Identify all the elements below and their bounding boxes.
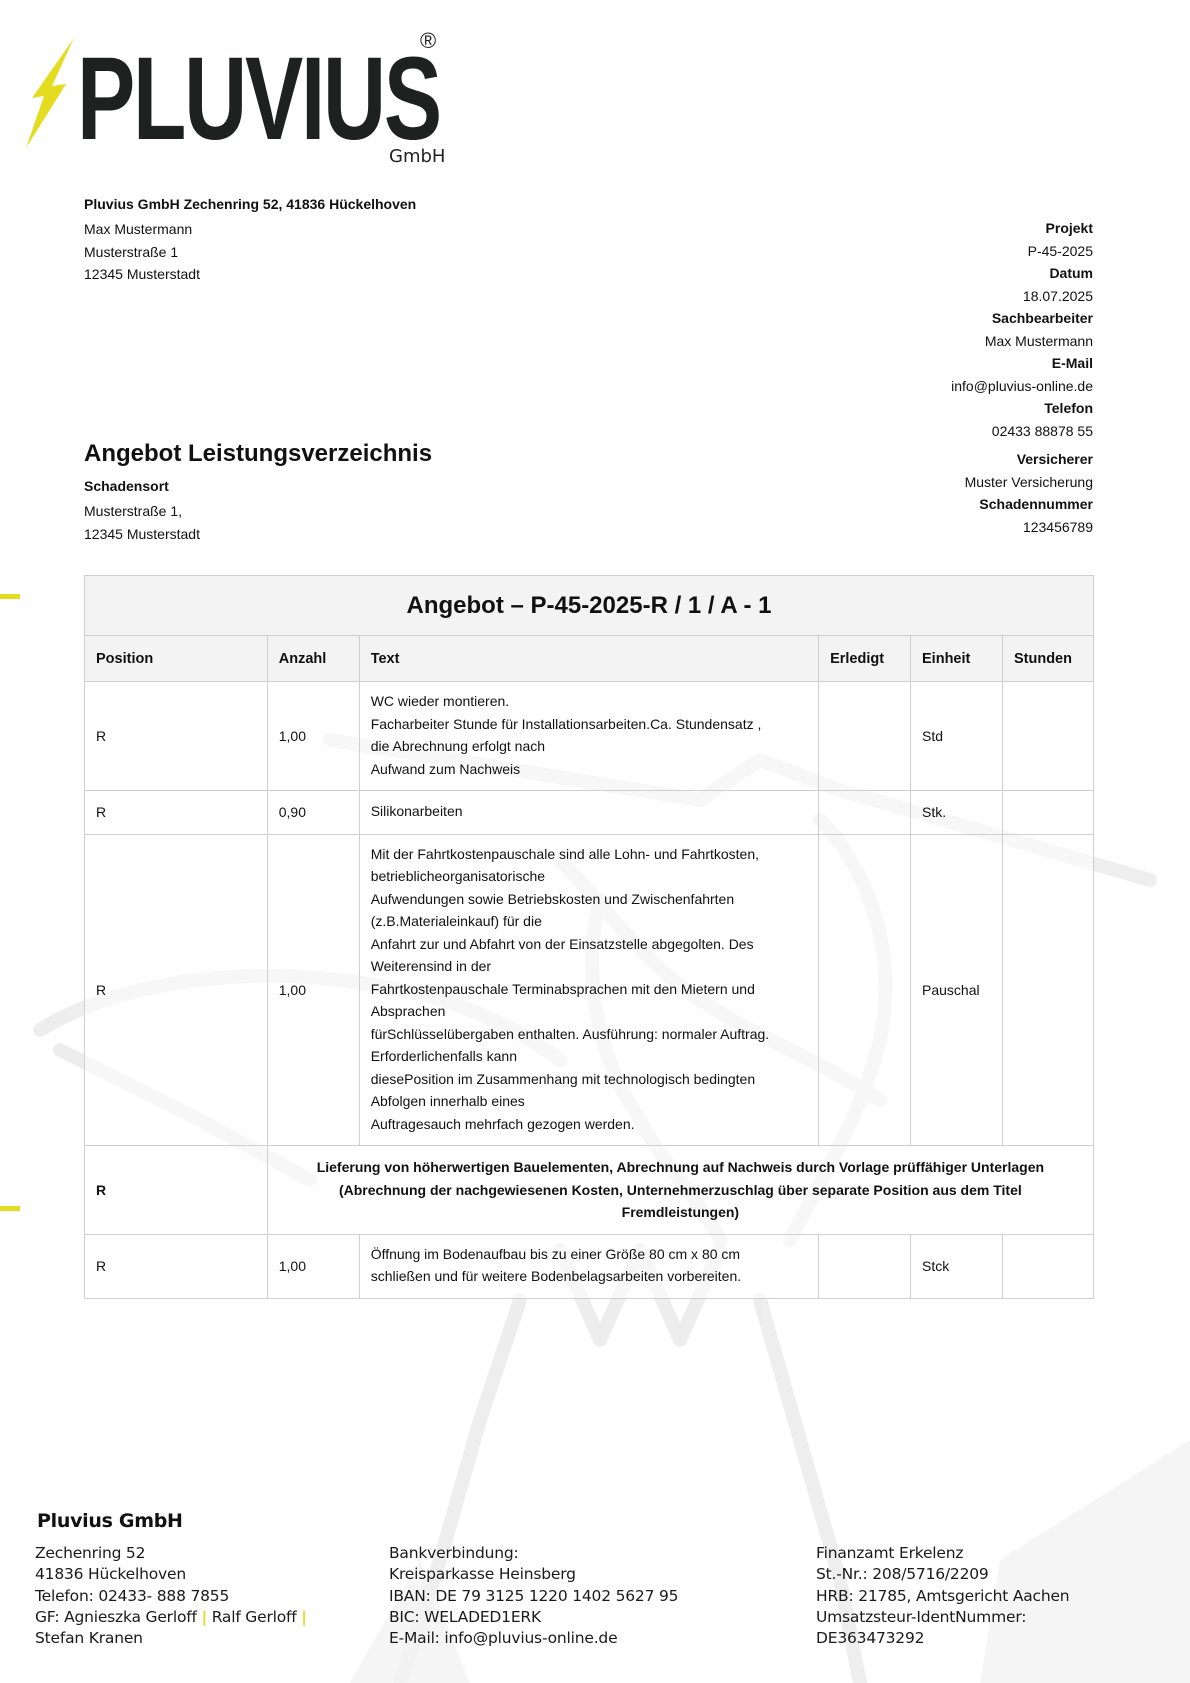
text-line: diesePosition im Zusammenhang mit techno… <box>371 1068 807 1091</box>
cell-anzahl: 1,00 <box>267 834 359 1146</box>
table-row: RLieferung von höherwertigen Bauelemente… <box>85 1146 1094 1235</box>
footer-tax-line: Umsatzsteur-IdentNummer: <box>816 1607 1069 1628</box>
offer-table: Angebot – P-45-2025-R / 1 / A - 1 Positi… <box>84 575 1094 1299</box>
text-line: Fahrtkostenpauschale Terminabsprachen mi… <box>371 978 807 1001</box>
site-city: 12345 Musterstadt <box>84 523 200 546</box>
sachbearbeiter-value: Max Mustermann <box>951 330 1093 353</box>
site-label: Schadensort <box>84 478 169 494</box>
projekt-value: P-45-2025 <box>951 240 1093 263</box>
cell-stunden <box>1002 682 1093 791</box>
footer-tax-line: St.-Nr.: 208/5716/2209 <box>816 1564 1069 1585</box>
cell-erledigt <box>819 834 911 1146</box>
cell-position: R <box>85 1146 268 1235</box>
cell-erledigt <box>819 682 911 791</box>
footer-bank-column: Bankverbindung: Kreisparkasse Heinsberg … <box>389 1543 678 1649</box>
text-line: Öffnung im Bodenaufbau bis zu einer Größ… <box>371 1243 807 1266</box>
lightning-bolt-icon <box>22 38 80 148</box>
footer-bank-line: Kreisparkasse Heinsberg <box>389 1564 678 1585</box>
cell-position: R <box>85 1234 268 1298</box>
text-line: Abfolgen innerhalb eines <box>371 1090 807 1113</box>
cell-anzahl: 0,90 <box>267 791 359 835</box>
cell-position: R <box>85 682 268 791</box>
text-line: Anfahrt zur und Abfahrt von der Einsatzs… <box>371 933 807 956</box>
cell-anzahl: 1,00 <box>267 682 359 791</box>
cell-einheit: Pauschal <box>911 834 1003 1146</box>
footer-street: Zechenring 52 <box>35 1543 307 1564</box>
text-line: WC wieder montieren. <box>371 690 807 713</box>
cell-text: Mit der Fahrtkostenpauschale sind alle L… <box>359 834 818 1146</box>
table-title: Angebot – P-45-2025-R / 1 / A - 1 <box>85 576 1094 636</box>
logo-brand: PLUVIUS <box>77 40 440 158</box>
footer-email[interactable]: E-Mail: info@pluvius-online.de <box>389 1628 678 1649</box>
cell-stunden <box>1002 791 1093 835</box>
page-title: Angebot Leistungsverzeichnis <box>84 440 432 468</box>
separator: | <box>301 1608 306 1626</box>
description-line: (Abrechnung der nachgewiesenen Kosten, U… <box>279 1179 1082 1202</box>
text-line: Silikonarbeiten <box>371 800 807 823</box>
footer-bank-line: IBAN: DE 79 3125 1220 1402 5627 95 <box>389 1586 678 1607</box>
fold-mark-bottom <box>0 1206 20 1211</box>
versicherer-label: Versicherer <box>965 448 1093 471</box>
description-line: Lieferung von höherwertigen Bauelementen… <box>279 1156 1082 1179</box>
column-header-position: Position <box>85 636 268 682</box>
footer-address-column: Zechenring 52 41836 Hückelhoven Telefon:… <box>35 1543 307 1649</box>
footer-tax-column: Finanzamt Erkelenz St.-Nr.: 208/5716/220… <box>816 1543 1069 1649</box>
site-street: Musterstraße 1, <box>84 500 200 523</box>
text-line: Facharbeiter Stunde für Installationsarb… <box>371 713 807 736</box>
text-line: (z.B.Materialeinkauf) für die <box>371 910 807 933</box>
cell-position: R <box>85 791 268 835</box>
datum-value: 18.07.2025 <box>951 285 1093 308</box>
table-row: R1,00WC wieder montieren.Facharbeiter St… <box>85 682 1094 791</box>
column-header-stunden: Stunden <box>1002 636 1093 682</box>
versicherer-value: Muster Versicherung <box>965 471 1093 494</box>
text-line: schließen und für weitere Bodenbelagsarb… <box>371 1265 807 1288</box>
footer-tax-line: DE363473292 <box>816 1628 1069 1649</box>
footer-tax-line: HRB: 21785, Amtsgericht Aachen <box>816 1586 1069 1607</box>
description-line: Fremdleistungen) <box>279 1201 1082 1224</box>
text-line: betrieblicheorganisatorische <box>371 865 807 888</box>
email-value[interactable]: info@pluvius-online.de <box>951 375 1093 398</box>
text-line: die Abrechnung erfolgt nach <box>371 735 807 758</box>
cell-einheit: Stk. <box>911 791 1003 835</box>
text-line: Aufwendungen sowie Betriebskosten und Zw… <box>371 888 807 911</box>
column-header-einheit: Einheit <box>911 636 1003 682</box>
text-line: Weiterensind in der <box>371 955 807 978</box>
gf-name-1: GF: Agnieszka Gerloff <box>35 1608 197 1626</box>
company-logo: PLUVIUS ® GmbH <box>22 28 442 168</box>
footer-bank-line: Bankverbindung: <box>389 1543 678 1564</box>
cell-einheit: Std <box>911 682 1003 791</box>
text-line: Absprachen <box>371 1000 807 1023</box>
column-header-anzahl: Anzahl <box>267 636 359 682</box>
insurance-meta: Versicherer Muster Versicherung Schadenn… <box>965 448 1093 538</box>
separator: | <box>201 1608 206 1626</box>
cell-text: WC wieder montieren.Facharbeiter Stunde … <box>359 682 818 791</box>
sender-line: Pluvius GmbH Zechenring 52, 41836 Hückel… <box>84 196 416 212</box>
cell-description: Lieferung von höherwertigen Bauelementen… <box>267 1146 1093 1235</box>
recipient-name: Max Mustermann <box>84 218 200 241</box>
text-line: Aufwand zum Nachweis <box>371 758 807 781</box>
footer-tax-line: Finanzamt Erkelenz <box>816 1543 1069 1564</box>
logo-suffix: GmbH <box>389 146 445 167</box>
cell-stunden <box>1002 834 1093 1146</box>
footer-city: 41836 Hückelhoven <box>35 1564 307 1585</box>
cell-einheit: Stck <box>911 1234 1003 1298</box>
schadennummer-value: 123456789 <box>965 516 1093 539</box>
registered-mark: ® <box>420 28 436 54</box>
cell-anzahl: 1,00 <box>267 1234 359 1298</box>
site-address: Musterstraße 1, 12345 Musterstadt <box>84 500 200 545</box>
telefon-label: Telefon <box>951 397 1093 420</box>
footer-managing-directors: GF: Agnieszka Gerloff | Ralf Gerloff | <box>35 1607 307 1628</box>
cell-position: R <box>85 834 268 1146</box>
text-line: Erforderlichenfalls kann <box>371 1045 807 1068</box>
column-header-erledigt: Erledigt <box>819 636 911 682</box>
schadennummer-label: Schadennummer <box>965 493 1093 516</box>
cell-erledigt <box>819 791 911 835</box>
text-line: fürSchlüsselübergaben enthalten. Ausführ… <box>371 1023 807 1046</box>
footer-bank-line: BIC: WELADED1ERK <box>389 1607 678 1628</box>
column-header-text: Text <box>359 636 818 682</box>
recipient-street: Musterstraße 1 <box>84 241 200 264</box>
table-row: R1,00Öffnung im Bodenaufbau bis zu einer… <box>85 1234 1094 1298</box>
fold-mark-top <box>0 594 20 599</box>
footer-company-name: Pluvius GmbH <box>37 1510 183 1532</box>
cell-text: Silikonarbeiten <box>359 791 818 835</box>
text-line: Mit der Fahrtkostenpauschale sind alle L… <box>371 843 807 866</box>
table-row: R1,00Mit der Fahrtkostenpauschale sind a… <box>85 834 1094 1146</box>
sachbearbeiter-label: Sachbearbeiter <box>951 307 1093 330</box>
text-line: Auftragesauch mehrfach gezogen werden. <box>371 1113 807 1136</box>
telefon-value: 02433 88878 55 <box>951 420 1093 443</box>
email-label: E-Mail <box>951 352 1093 375</box>
document-meta: Projekt P-45-2025 Datum 18.07.2025 Sachb… <box>951 217 1093 442</box>
cell-stunden <box>1002 1234 1093 1298</box>
gf-name-2: Ralf Gerloff <box>212 1608 297 1626</box>
recipient-city: 12345 Musterstadt <box>84 263 200 286</box>
footer-phone: Telefon: 02433- 888 7855 <box>35 1586 307 1607</box>
datum-label: Datum <box>951 262 1093 285</box>
recipient-address: Max Mustermann Musterstraße 1 12345 Must… <box>84 218 200 286</box>
cell-text: Öffnung im Bodenaufbau bis zu einer Größ… <box>359 1234 818 1298</box>
table-row: R0,90SilikonarbeitenStk. <box>85 791 1094 835</box>
projekt-label: Projekt <box>951 217 1093 240</box>
gf-name-3: Stefan Kranen <box>35 1628 307 1649</box>
table-header-row: Position Anzahl Text Erledigt Einheit St… <box>85 636 1094 682</box>
cell-erledigt <box>819 1234 911 1298</box>
